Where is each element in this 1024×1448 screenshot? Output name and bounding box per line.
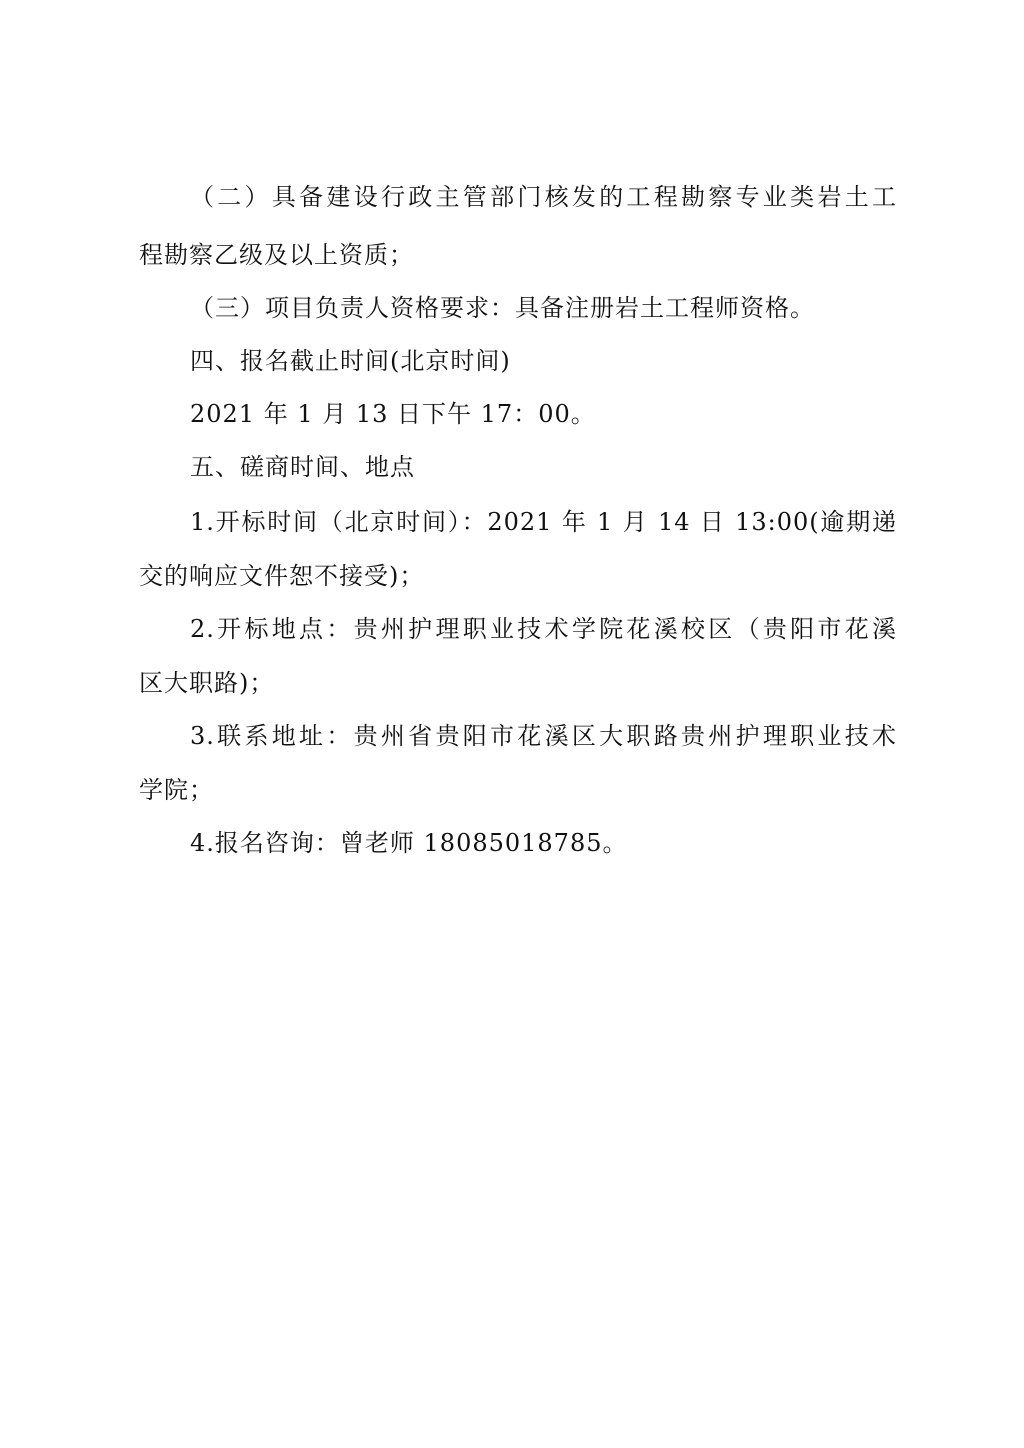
- section-heading-deadline: 四、报名截止时间(北京时间): [190, 346, 511, 376]
- paragraph-qualification-3: （三）项目负责人资格要求：具备注册岩土工程师资格。: [190, 293, 815, 323]
- item-opening-time: 1.开标时间（北京时间）：2021 年 1 月 14 日 13:00(逾期递: [190, 507, 897, 537]
- item-opening-location: 2.开标地点：贵州护理职业技术学院花溪校区（贵阳市花溪: [190, 614, 897, 644]
- document-page: （二）具备建设行政主管部门核发的工程勘察专业类岩土工 程勘察乙级及以上资质； （…: [0, 0, 1024, 1448]
- item-opening-time-cont: 交的响应文件恕不接受)；: [139, 561, 424, 591]
- paragraph-qualification-2: （二）具备建设行政主管部门核发的工程勘察专业类岩土工: [190, 182, 897, 212]
- deadline-datetime: 2021 年 1 月 13 日下午 17：00。: [190, 399, 596, 429]
- item-contact-address-cont: 学院；: [139, 775, 214, 805]
- section-heading-time-location: 五、磋商时间、地点: [190, 452, 415, 482]
- paragraph-qualification-2-cont: 程勘察乙级及以上资质；: [139, 240, 414, 270]
- item-opening-location-cont: 区大职路)；: [139, 668, 274, 698]
- item-contact-address: 3.联系地址：贵州省贵阳市花溪区大职路贵州护理职业技术: [190, 721, 897, 751]
- item-registration-inquiry: 4.报名咨询：曾老师 18085018785。: [190, 828, 628, 858]
